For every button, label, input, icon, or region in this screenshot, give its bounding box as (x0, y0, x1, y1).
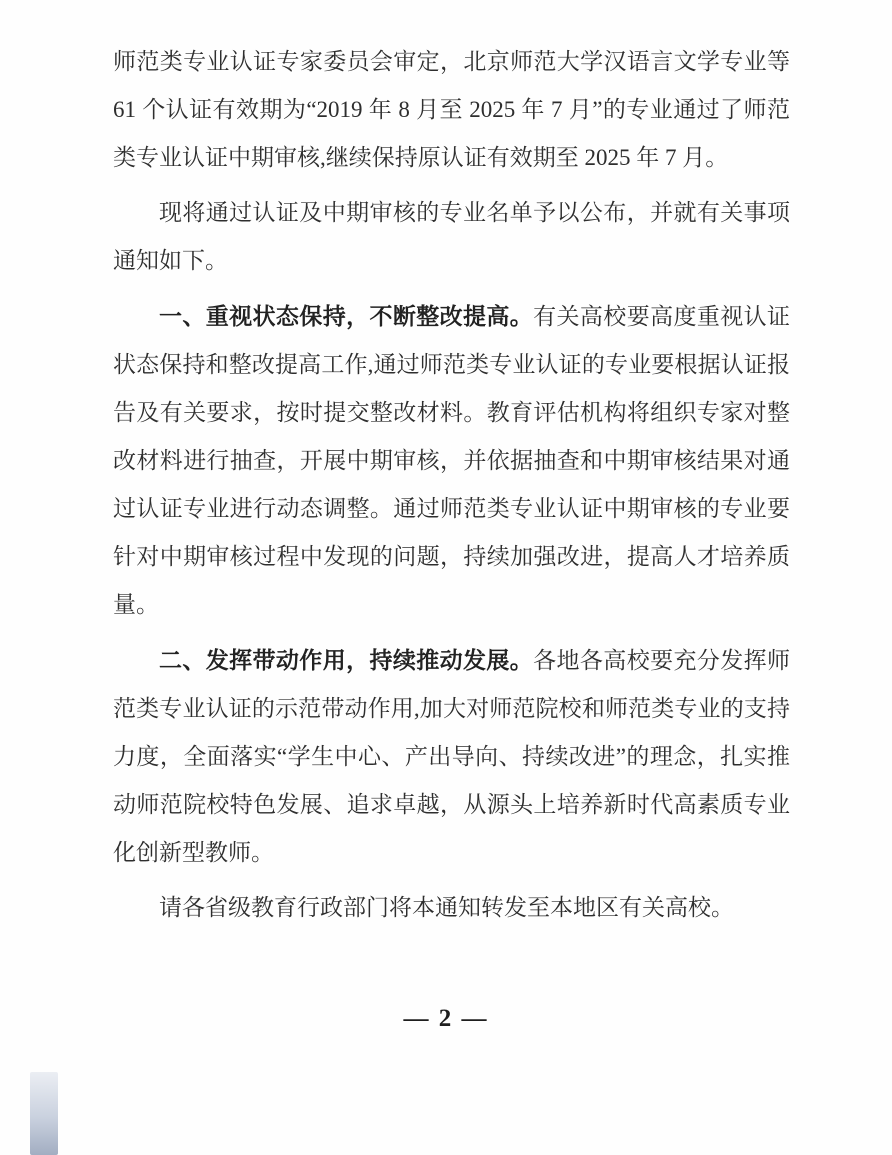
paragraph-text: 各地各高校要充分发挥师范类专业认证的示范带动作用,加大对师范院校和师范类专业的支… (113, 648, 790, 865)
section-2-heading: 二、发挥带动作用，持续推动发展。 (159, 647, 533, 673)
paragraph-closing: 请各省级教育行政部门将本通知转发至本地区有关高校。 (113, 884, 790, 932)
scan-smudge-artifact (30, 1072, 58, 1155)
paragraph-intro: 现将通过认证及中期审核的专业名单予以公布，并就有关事项通知如下。 (113, 189, 790, 285)
document-body: 师范类专业认证专家委员会审定，北京师范大学汉语言文学专业等 61 个认证有效期为… (113, 38, 790, 939)
paragraph-continuation: 师范类专业认证专家委员会审定，北京师范大学汉语言文学专业等 61 个认证有效期为… (113, 38, 790, 182)
section-1-heading: 一、重视状态保持，不断整改提高。 (159, 303, 533, 329)
document-page: 师范类专业认证专家委员会审定，北京师范大学汉语言文学专业等 61 个认证有效期为… (0, 0, 892, 1155)
paragraph-text: 请各省级教育行政部门将本通知转发至本地区有关高校。 (159, 895, 734, 920)
paragraph-text: 师范类专业认证专家委员会审定，北京师范大学汉语言文学专业等 61 个认证有效期为… (113, 49, 790, 170)
paragraph-section-2: 二、发挥带动作用，持续推动发展。各地各高校要充分发挥师范类专业认证的示范带动作用… (113, 636, 790, 877)
paragraph-section-1: 一、重视状态保持，不断整改提高。有关高校要高度重视认证状态保持和整改提高工作,通… (113, 292, 790, 629)
page-number: — 2 — (0, 995, 892, 1043)
paragraph-text: 有关高校要高度重视认证状态保持和整改提高工作,通过师范类专业认证的专业要根据认证… (113, 304, 790, 617)
paragraph-text: 现将通过认证及中期审核的专业名单予以公布，并就有关事项通知如下。 (113, 200, 790, 273)
